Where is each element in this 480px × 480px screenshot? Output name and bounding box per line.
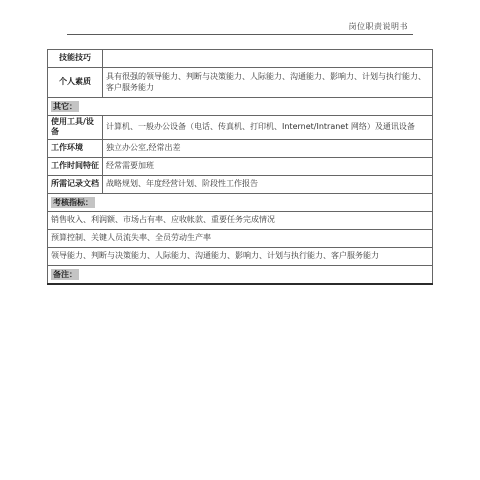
row-personal-quality: 个人素质 具有很强的领导能力、判断与决策能力、人际能力、沟通能力、影响力、计划与… [48, 68, 433, 98]
row-kpi-budget: 预算控制、关键人员流失率、全员劳动生产率 [48, 229, 433, 247]
section-other-label: 其它： [51, 101, 79, 112]
row-personal-quality-content: 具有很强的领导能力、判断与决策能力、人际能力、沟通能力、影响力、计划与执行能力、… [103, 68, 433, 98]
section-other: 其它： [48, 98, 433, 116]
row-kpi-ability-content: 领导能力、判断与决策能力、人际能力、沟通能力、影响力、计划与执行能力、客户服务能… [48, 247, 433, 265]
section-kpi-label: 考核指标： [51, 197, 95, 208]
row-required-documents-content: 战略规划、年度经营计划、阶段性工作报告 [103, 175, 433, 193]
row-tools-equipment: 使用工具/设备 计算机、一般办公设备（电话、传真机、打印机、Internet/I… [48, 116, 433, 140]
row-work-time-content: 经常需要加班 [103, 157, 433, 175]
section-remarks: 备注： [48, 265, 433, 284]
row-tools-equipment-content: 计算机、一般办公设备（电话、传真机、打印机、Internet/Intranet … [103, 116, 433, 140]
section-remarks-label: 备注： [51, 269, 79, 280]
job-description-table: 技能技巧 个人素质 具有很强的领导能力、判断与决策能力、人际能力、沟通能力、影响… [47, 49, 433, 285]
row-personal-quality-label: 个人素质 [48, 68, 103, 98]
row-kpi-sales: 销售收入、利润额、市场占有率、应收帐款、重要任务完成情况 [48, 211, 433, 229]
document-title: 岗位职责说明书 [349, 22, 409, 31]
row-skills-label: 技能技巧 [48, 50, 103, 68]
row-required-documents: 所需记录文档 战略规划、年度经营计划、阶段性工作报告 [48, 175, 433, 193]
page-header: 岗位职责说明书 [67, 21, 413, 35]
row-skills: 技能技巧 [48, 50, 433, 68]
row-work-environment-content: 独立办公室,经常出差 [103, 139, 433, 157]
row-work-environment-label: 工作环境 [48, 139, 103, 157]
row-kpi-budget-content: 预算控制、关键人员流失率、全员劳动生产率 [48, 229, 433, 247]
row-skills-content [103, 50, 433, 68]
row-kpi-ability: 领导能力、判断与决策能力、人际能力、沟通能力、影响力、计划与执行能力、客户服务能… [48, 247, 433, 265]
row-work-time: 工作时间特征 经常需要加班 [48, 157, 433, 175]
row-work-time-label: 工作时间特征 [48, 157, 103, 175]
row-required-documents-label: 所需记录文档 [48, 175, 103, 193]
section-kpi: 考核指标： [48, 193, 433, 211]
row-work-environment: 工作环境 独立办公室,经常出差 [48, 139, 433, 157]
row-kpi-sales-content: 销售收入、利润额、市场占有率、应收帐款、重要任务完成情况 [48, 211, 433, 229]
row-tools-equipment-label: 使用工具/设备 [48, 116, 103, 140]
